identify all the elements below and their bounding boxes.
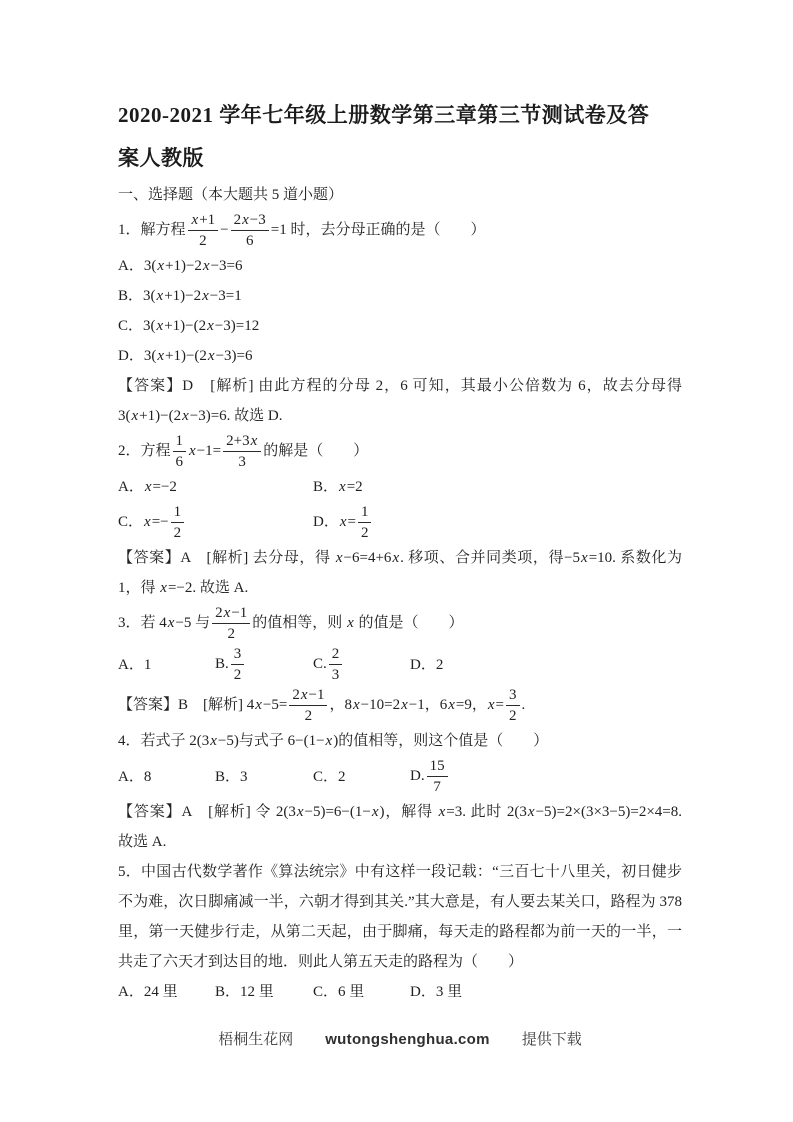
- math-variable: x: [254, 697, 263, 713]
- question-3-stem: 3．若 4x−5 与2x−12的值相等，则 x 的值是（ ）: [118, 603, 682, 644]
- question-4-stem: 4．若式子 2(3x−5)与式子 6−(1−x)的值相等，则这个值是（ ）: [118, 726, 682, 756]
- question-1-option-a: A．3(x+1)−2x−3=6: [118, 251, 682, 281]
- question-5-option-c: C．6 里: [313, 977, 410, 1007]
- question-1-options-row: C．3(x+1)−(2x−3)=12: [118, 311, 682, 341]
- math-variable: x: [325, 733, 334, 749]
- question-4-option-c: C．2: [313, 762, 410, 792]
- question-1-options-row: A．3(x+1)−2x−3=6: [118, 251, 682, 281]
- question-3-option-b: B.32: [215, 644, 313, 685]
- math-variable: x: [131, 408, 140, 424]
- fraction: 23: [329, 644, 343, 685]
- math-variable: x: [167, 615, 176, 631]
- math-variable: x: [207, 348, 216, 364]
- fraction: x+12: [188, 210, 219, 251]
- math-variable: x: [223, 605, 232, 621]
- question-3-option-c: C.23: [313, 644, 410, 685]
- question-1-options-row: B．3(x+1)−2x−3=1: [118, 281, 682, 311]
- question-2-option-c: C．x=−12: [118, 502, 313, 543]
- fraction: 2x−12: [289, 685, 327, 726]
- math-variable: x: [580, 550, 589, 566]
- math-variable: x: [400, 697, 409, 713]
- math-variable: x: [206, 318, 215, 334]
- math-variable: x: [188, 443, 197, 459]
- fraction: 2x−12: [212, 603, 250, 644]
- question-2-answer: 【答案】A [解析] 去分母，得 x−6=4+6x. 移项、合并同类项，得−5x…: [118, 543, 682, 603]
- math-variable: x: [371, 804, 380, 820]
- question-1-options-row: D．3(x+1)−(2x−3)=6: [118, 341, 682, 371]
- fraction: 32: [231, 644, 245, 685]
- question-3-answer: 【答案】B [解析] 4x−5=2x−12，8x−10=2x−1，6x=9，x=…: [118, 685, 682, 726]
- math-variable: x: [300, 687, 309, 703]
- footer-site-name: 梧桐生花网: [218, 1025, 293, 1055]
- question-2-options-row: A．x=−2B．x=2: [118, 472, 682, 502]
- math-variable: x: [201, 288, 210, 304]
- fraction: 12: [358, 502, 372, 543]
- math-variable: x: [156, 288, 165, 304]
- question-5-options-row: A．24 里B．12 里C．6 里D．3 里: [118, 977, 682, 1007]
- question-1: 1．解方程x+12−2x−36=1 时，去分母正确的是（ ）A．3(x+1)−2…: [118, 210, 682, 431]
- question-3-option-d: D．2: [410, 650, 682, 680]
- math-variable: x: [527, 804, 536, 820]
- question-4-options-row: A．8B．3C．2D.157: [118, 756, 682, 797]
- question-1-stem: 1．解方程x+12−2x−36=1 时，去分母正确的是（ ）: [118, 210, 682, 251]
- fraction: 2x−36: [231, 210, 269, 251]
- question-3-option-a: A．1: [118, 650, 215, 680]
- fraction: 32: [506, 685, 520, 726]
- footer-download-label: 提供下载: [522, 1025, 582, 1055]
- math-variable: x: [191, 212, 200, 228]
- math-variable: x: [241, 212, 250, 228]
- math-variable: x: [250, 433, 259, 449]
- math-variable: x: [339, 514, 348, 530]
- question-2-options-row: C．x=−12D．x=12: [118, 502, 682, 543]
- question-5-stem: 5．中国古代数学著作《算法统宗》中有这样一段记载：“三百七十八里关，初日健步不为…: [118, 857, 682, 977]
- question-5: 5．中国古代数学著作《算法统宗》中有这样一段记载：“三百七十八里关，初日健步不为…: [118, 857, 682, 1007]
- document-title: 2020-2021 学年七年级上册数学第三章第三节测试卷及答案人教版: [118, 94, 664, 180]
- question-3: 3．若 4x−5 与2x−12的值相等，则 x 的值是（ ）A．1B.32C.2…: [118, 603, 682, 726]
- math-variable: x: [346, 615, 355, 631]
- math-variable: x: [202, 258, 211, 274]
- question-5-option-b: B．12 里: [215, 977, 313, 1007]
- fraction: 157: [427, 756, 448, 797]
- question-4: 4．若式子 2(3x−5)与式子 6−(1−x)的值相等，则这个值是（ ）A．8…: [118, 726, 682, 857]
- question-1-option-d: D．3(x+1)−(2x−3)=6: [118, 341, 682, 371]
- math-variable: x: [156, 318, 165, 334]
- question-4-answer: 【答案】A [解析] 令 2(3x−5)=6−(1−x)，解得 x=3. 此时 …: [118, 797, 682, 857]
- question-3-options-row: A．1B.32C.23D．2: [118, 644, 682, 685]
- question-1-answer: 【答案】D [解析] 由此方程的分母 2，6 可知，其最小公倍数为 6，故去分母…: [118, 371, 682, 431]
- question-1-option-b: B．3(x+1)−2x−3=1: [118, 281, 682, 311]
- math-variable: x: [156, 258, 165, 274]
- math-variable: x: [391, 550, 400, 566]
- footer-site-url: wutongshenghua.com: [325, 1025, 490, 1055]
- question-2: 2．方程16x−1=2+3x3的解是（ ）A．x=−2B．x=2C．x=−12D…: [118, 431, 682, 603]
- question-2-option-d: D．x=12: [313, 502, 682, 543]
- section-heading: 一、选择题（本大题共 5 道小题）: [118, 180, 682, 210]
- math-variable: x: [447, 697, 456, 713]
- question-5-option-a: A．24 里: [118, 977, 215, 1007]
- question-2-option-a: A．x=−2: [118, 472, 313, 502]
- math-variable: x: [181, 408, 190, 424]
- math-variable: x: [296, 804, 305, 820]
- math-variable: x: [144, 479, 153, 495]
- math-variable: x: [487, 697, 496, 713]
- question-5-option-d: D．3 里: [410, 977, 682, 1007]
- questions: 1．解方程x+12−2x−36=1 时，去分母正确的是（ ）A．3(x+1)−2…: [118, 210, 682, 1007]
- fraction: 16: [173, 431, 187, 472]
- question-4-option-d: D.157: [410, 756, 682, 797]
- math-variable: x: [209, 733, 218, 749]
- question-4-option-b: B．3: [215, 762, 313, 792]
- math-variable: x: [159, 580, 168, 596]
- fraction: 2+3x3: [223, 431, 261, 472]
- math-variable: x: [156, 348, 165, 364]
- question-1-option-c: C．3(x+1)−(2x−3)=12: [118, 311, 682, 341]
- question-2-option-b: B．x=2: [313, 472, 682, 502]
- math-variable: x: [438, 804, 447, 820]
- fraction: 12: [171, 502, 185, 543]
- math-variable: x: [352, 697, 361, 713]
- page-footer: 梧桐生花网 wutongshenghua.com 提供下载: [118, 1025, 682, 1055]
- math-variable: x: [143, 514, 152, 530]
- math-variable: x: [335, 550, 344, 566]
- math-variable: x: [338, 479, 347, 495]
- question-4-option-a: A．8: [118, 762, 215, 792]
- question-2-stem: 2．方程16x−1=2+3x3的解是（ ）: [118, 431, 682, 472]
- document-page: 2020-2021 学年七年级上册数学第三章第三节测试卷及答案人教版 一、选择题…: [118, 94, 682, 1055]
